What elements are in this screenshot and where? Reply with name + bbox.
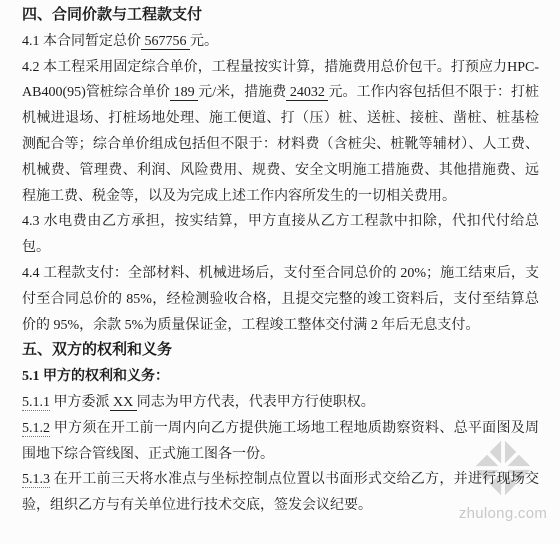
clause-4-1: 4.1 本合同暂定总价 567756 元。	[22, 29, 539, 55]
total-price-value: 567756	[141, 34, 190, 50]
clause-4-2: 4.2 本工程采用固定综合单价，工程量按实计算，措施费用总价包干。打预应力HPC…	[22, 55, 539, 210]
clause-4-3: 4.3 水电费由乙方承担，按实结算，甲方直接从乙方工程款中扣除，代扣代付给总包。	[22, 209, 539, 261]
clause-5-1-1-number: 5.1.1	[22, 395, 50, 411]
clause-5-1-3: 5.1.3 在开工前三天将水准点与坐标控制点位置以书面形式交给乙方，并进行现场交…	[22, 467, 539, 519]
section-4-heading: 四、合同价款与工程款支付	[22, 3, 539, 29]
clause-4-3-text: 4.3 水电费由乙方承担，按实结算，甲方直接从乙方工程款中扣除，代扣代付给总包。	[22, 214, 539, 255]
clause-4-1-pre: 4.1 本合同暂定总价	[22, 34, 141, 49]
clause-5-1-2-text: 甲方须在开工前一周内向乙方提供施工场地工程地质勘察资料、总平面图及周围地下综合管…	[22, 421, 539, 462]
clause-5-1-3-number: 5.1.3	[22, 472, 50, 488]
section-5-heading: 五、双方的权利和义务	[22, 338, 539, 364]
contract-text-body: 四、合同价款与工程款支付 4.1 本合同暂定总价 567756 元。 4.2 本…	[0, 0, 560, 519]
clause-4-2-p3: 元。工作内容包括但不限于：打桩机械进退场、打桩场地处理、施工便道、打（压）桩、送…	[22, 85, 539, 203]
representative-name-value: XX	[110, 395, 137, 411]
measures-fee-value: 24032	[286, 85, 328, 101]
contract-document-page: zhulong.com 四、合同价款与工程款支付 4.1 本合同暂定总价 567…	[0, 0, 560, 544]
clause-5-1-1: 5.1.1 甲方委派 XX 同志为甲方代表，代表甲方行使职权。	[22, 390, 539, 416]
clause-4-4-text: 4.4 工程款支付：全部材料、机械进场后，支付至合同总价的 20%；施工结束后，…	[22, 266, 539, 333]
unit-price-value: 189	[170, 85, 198, 101]
clause-5-1-3-text: 在开工前三天将水准点与坐标控制点位置以书面形式交给乙方，并进行现场交验，组织乙方…	[22, 472, 539, 513]
clause-5-1-2: 5.1.2 甲方须在开工前一周内向乙方提供施工场地工程地质勘察资料、总平面图及周…	[22, 416, 539, 468]
clause-4-1-post: 元。	[190, 34, 218, 49]
clause-5-1-1-p2: 同志为甲方代表，代表甲方行使职权。	[137, 395, 375, 410]
clause-5-1-2-number: 5.1.2	[22, 421, 50, 437]
clause-4-2-p2: 元/米，措施费	[198, 85, 286, 100]
clause-5-1-1-p1: 甲方委派	[50, 395, 110, 410]
section-5-1-subheading: 5.1 甲方的权利和义务：	[22, 364, 539, 390]
clause-4-4: 4.4 工程款支付：全部材料、机械进场后，支付至合同总价的 20%；施工结束后，…	[22, 261, 539, 338]
